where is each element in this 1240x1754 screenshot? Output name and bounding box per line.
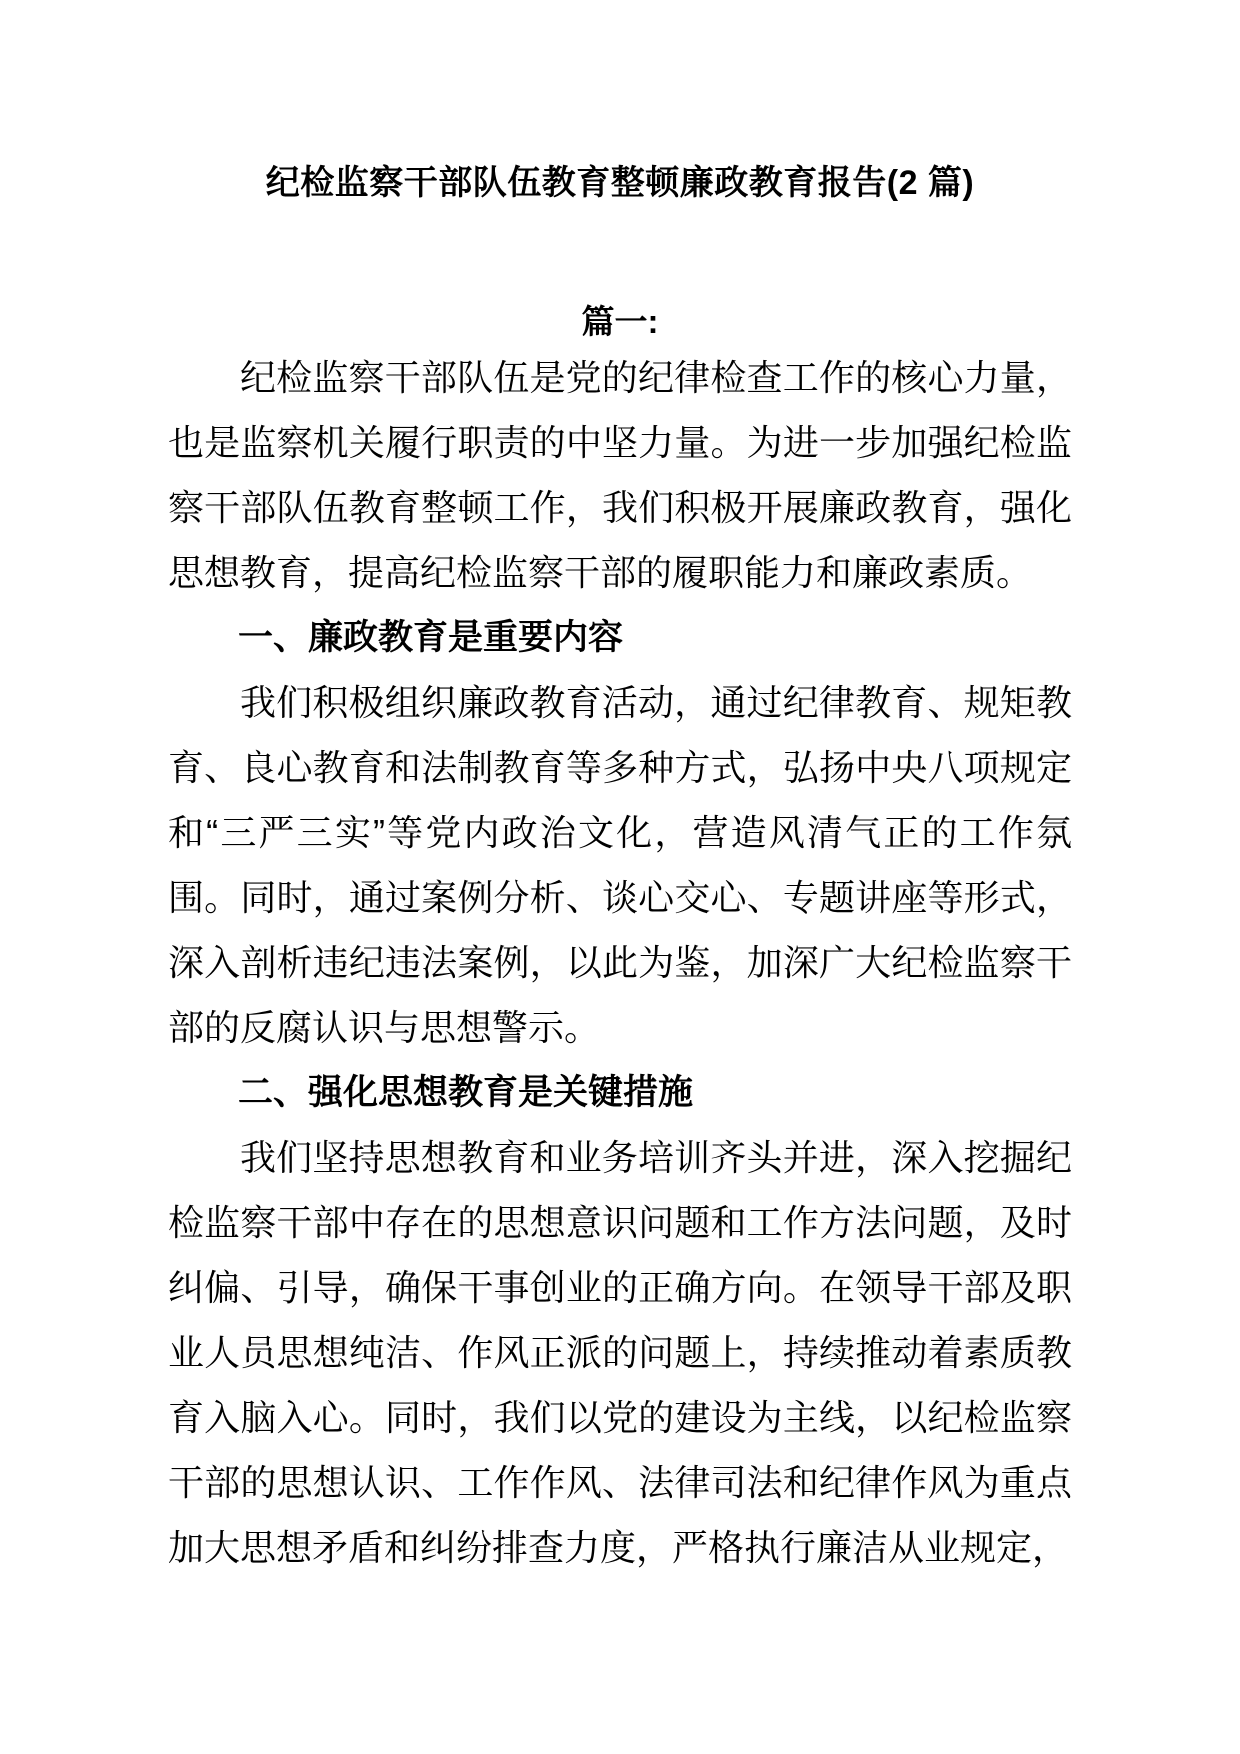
paragraph: 我们积极组织廉政教育活动，通过纪律教育、规矩教育、良心教育和法制教育等多种方式，…	[168, 670, 1072, 1060]
section-subtitle: 篇一:	[168, 299, 1072, 345]
section-heading: 一、廉政教育是重要内容	[168, 605, 1072, 670]
document-page: 纪检监察干部队伍教育整顿廉政教育报告(2 篇) 篇一:纪检监察干部队伍是党的纪律…	[0, 0, 1240, 1754]
document-body: 篇一:纪检监察干部队伍是党的纪律检查工作的核心力量，也是监察机关履行职责的中坚力…	[168, 299, 1072, 1580]
document-title: 纪检监察干部队伍教育整顿廉政教育报告(2 篇)	[168, 160, 1072, 206]
paragraph: 我们坚持思想教育和业务培训齐头并进，深入挖掘纪检监察干部中存在的思想意识问题和工…	[168, 1125, 1072, 1580]
section-heading: 二、强化思想教育是关键措施	[168, 1060, 1072, 1125]
paragraph: 纪检监察干部队伍是党的纪律检查工作的核心力量，也是监察机关履行职责的中坚力量。为…	[168, 345, 1072, 605]
